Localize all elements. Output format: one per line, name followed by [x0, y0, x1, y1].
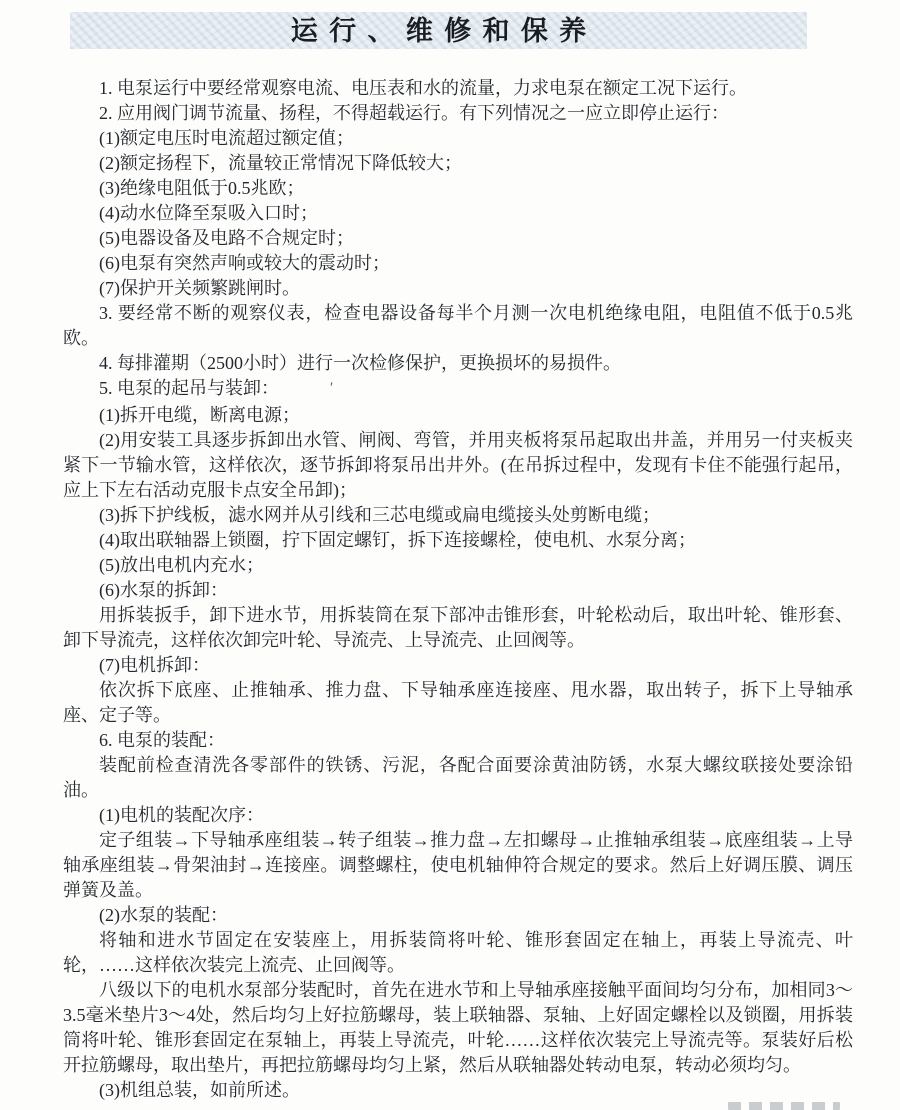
paragraph: (2)用安装工具逐步拆卸出水管、闸阀、弯管，并用夹板将泵吊起取出井盖，并用另一付…: [63, 428, 853, 503]
paragraph: (4)取出联轴器上锁圈，拧下固定螺钉，拆下连接螺栓，使电机、水泵分离；: [63, 528, 853, 553]
paragraph: 将轴和进水节固定在安装座上，用拆装筒将叶轮、锥形套固定在轴上，再装上导流壳、叶轮…: [63, 928, 853, 978]
paragraph: 3. 要经常不断的观察仪表，检查电器设备每半个月测一次电机绝缘电阻，电阻值不低于…: [63, 301, 853, 351]
paragraph: (7)电机拆卸：: [63, 653, 853, 678]
paragraph: (6)电泵有突然声响或较大的震动时；: [63, 251, 853, 276]
scan-artifact: [728, 1102, 840, 1110]
paragraph: (5)电器设备及电路不合规定时；: [63, 226, 853, 251]
paragraph: 1. 电泵运行中要经常观察电流、电压表和水的流量，力求电泵在额定工况下运行。: [63, 76, 853, 101]
paragraph: (6)水泵的拆卸：: [63, 578, 853, 603]
paragraph: (2)水泵的装配：: [63, 903, 853, 928]
paragraph: (3)机组总装，如前所述。: [63, 1078, 853, 1103]
paragraph: (2)额定扬程下，流量较正常情况下降低较大；: [63, 151, 853, 176]
paragraph: 4. 每排灌期（2500小时）进行一次检修保护，更换损坏的易损件。: [63, 351, 853, 376]
paragraph: 依次拆下底座、止推轴承、推力盘、下导轴承座连接座、甩水器，取出转子，拆下上导轴承…: [63, 678, 853, 728]
paragraph: (1)拆开电缆，断离电源；: [63, 403, 853, 428]
paragraph: (4)动水位降至泵吸入口时；: [63, 201, 853, 226]
document-page: 运行、维修和保养 1. 电泵运行中要经常观察电流、电压表和水的流量，力求电泵在额…: [0, 0, 900, 1110]
paragraph: 装配前检查清洗各零部件的铁锈、污泥，各配合面要涂黄油防锈，水泵大螺纹联接处要涂铅…: [63, 753, 853, 803]
document-body: 1. 电泵运行中要经常观察电流、电压表和水的流量，力求电泵在额定工况下运行。2.…: [63, 76, 853, 1103]
paragraph: 2. 应用阀门调节流量、扬程，不得超载运行。有下列情况之一应立即停止运行：: [63, 101, 853, 126]
scan-mark: ʹ: [293, 376, 332, 401]
paragraph: 5. 电泵的起吊与装卸：ʹ: [63, 376, 853, 403]
paragraph: 定子组装→下导轴承座组装→转子组装→推力盘→左扣螺母→止推轴承组装→底座组装→上…: [63, 828, 853, 903]
paragraph: (5)放出电机内充水；: [63, 553, 853, 578]
paragraph: (3)拆下护线板，滤水网并从引线和三芯电缆或扁电缆接头处剪断电缆；: [63, 503, 853, 528]
paragraph: 6. 电泵的装配：: [63, 728, 853, 753]
paragraph: (7)保护开关频繁跳闸时。: [63, 276, 853, 301]
paragraph: 用拆装扳手，卸下进水节，用拆装筒在泵下部冲击锥形套，叶轮松动后，取出叶轮、锥形套…: [63, 603, 853, 653]
title-banner: 运行、维修和保养: [70, 12, 807, 49]
paragraph: (1)额定电压时电流超过额定值；: [63, 126, 853, 151]
paragraph: 八级以下的电机水泵部分装配时，首先在进水节和上导轴承座接触平面间均匀分布，加相同…: [63, 978, 853, 1078]
paragraph: (1)电机的装配次序：: [63, 803, 853, 828]
page-title: 运行、维修和保养: [70, 12, 807, 49]
paragraph: (3)绝缘电阻低于0.5兆欧；: [63, 176, 853, 201]
